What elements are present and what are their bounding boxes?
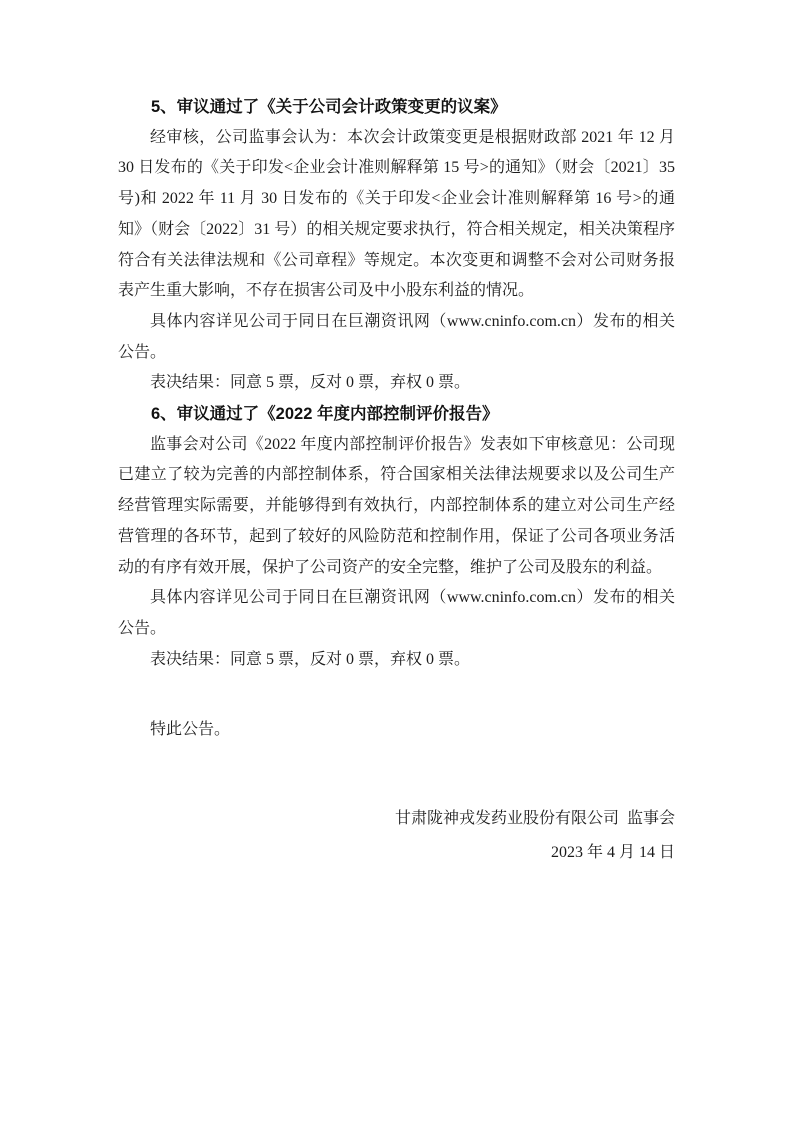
section-5-heading: 5、审议通过了《关于公司会计政策变更的议案》 <box>118 92 675 123</box>
signature-company: 甘肃陇神戎发药业股份有限公司 监事会 <box>118 802 675 836</box>
section-5-details-paragraph: 具体内容详见公司于同日在巨潮资讯网（www.cninfo.com.cn）发布的相… <box>118 307 675 368</box>
signature-block: 甘肃陇神戎发药业股份有限公司 监事会 2023 年 4 月 14 日 <box>118 802 675 870</box>
closing-statement: 特此公告。 <box>118 715 675 746</box>
section-6-vote-result: 表决结果：同意 5 票，反对 0 票，弃权 0 票。 <box>118 645 675 676</box>
section-6-heading: 6、审议通过了《2022 年度内部控制评价报告》 <box>118 399 675 430</box>
section-6-details-paragraph: 具体内容详见公司于同日在巨潮资讯网（www.cninfo.com.cn）发布的相… <box>118 583 675 644</box>
document-page: 5、审议通过了《关于公司会计政策变更的议案》 经审核，公司监事会认为：本次会计政… <box>0 0 793 1122</box>
section-5-review-paragraph: 经审核，公司监事会认为：本次会计政策变更是根据财政部 2021 年 12 月 3… <box>118 123 675 307</box>
signature-date: 2023 年 4 月 14 日 <box>118 836 675 870</box>
section-6-opinion-paragraph: 监事会对公司《2022 年度内部控制评价报告》发表如下审核意见：公司现已建立了较… <box>118 430 675 584</box>
section-5-vote-result: 表决结果：同意 5 票，反对 0 票，弃权 0 票。 <box>118 368 675 399</box>
